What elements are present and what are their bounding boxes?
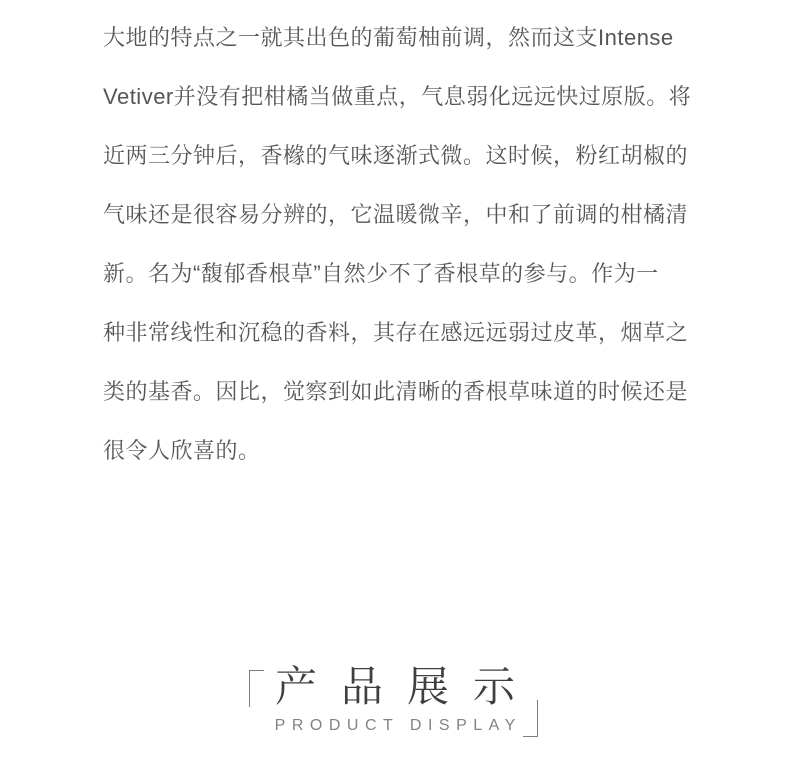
description-line: 类的基香。因比，觉察到如此清晰的香根草味道的时候还是 [103, 362, 703, 421]
description-line: 很令人欣喜的。 [103, 421, 703, 480]
product-detail-page: 大地的特点之一就其出色的葡萄柚前调，然而这支Intense Vetiver并没有… [0, 0, 790, 776]
section-title: 产品展示 [0, 662, 790, 712]
description-line: 近两三分钟后，香橼的气味逐渐式微。这时候，粉红胡椒的 [103, 126, 703, 185]
section-subtitle: PRODUCT DISPLAY [0, 714, 790, 738]
decorative-corner-bracket-left [249, 670, 264, 707]
product-description: 大地的特点之一就其出色的葡萄柚前调，然而这支Intense Vetiver并没有… [103, 8, 703, 480]
decorative-corner-bracket-right [523, 700, 538, 737]
description-line: 气味还是很容易分辨的，它温暖微辛，中和了前调的柑橘清 [103, 185, 703, 244]
description-line: 新。名为“馥郁香根草”自然少不了香根草的参与。作为一 [103, 244, 703, 303]
description-line: 种非常线性和沉稳的香料，其存在感远远弱过皮革，烟草之 [103, 303, 703, 362]
description-line: Vetiver并没有把柑橘当做重点，气息弱化远远快过原版。将 [103, 67, 703, 126]
description-line: 大地的特点之一就其出色的葡萄柚前调，然而这支Intense [103, 8, 703, 67]
